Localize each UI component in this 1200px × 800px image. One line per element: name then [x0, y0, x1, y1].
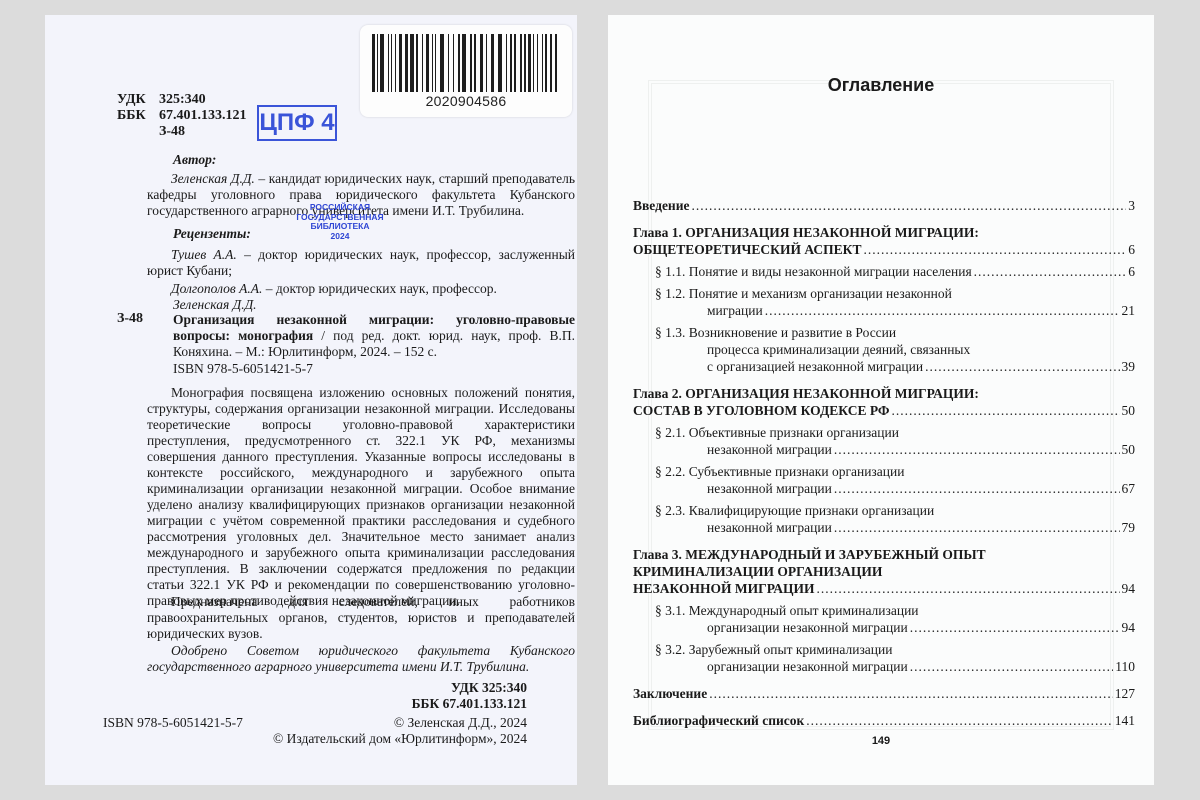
- toc-leader-dots: [891, 402, 1119, 419]
- author-name: Зеленская Д.Д.: [171, 171, 255, 186]
- catalog-mark: З-48: [117, 311, 143, 327]
- toc-title: Оглавление: [608, 75, 1154, 96]
- catalog-isbn: ISBN 978-5-6051421-5-7: [173, 361, 313, 377]
- bbk-label: ББК: [117, 108, 159, 124]
- footer-udk-bbk: УДК 325:340 ББК 67.401.133.121: [412, 680, 527, 712]
- toc-page-number: 94: [1122, 580, 1136, 597]
- toc-entry: Глава 1. ОРГАНИЗАЦИЯ НЕЗАКОННОЙ МИГРАЦИИ…: [633, 224, 1135, 258]
- toc-leader-dots: [910, 658, 1114, 675]
- barcode-number: 2020904586: [360, 93, 572, 109]
- toc-entry: Заключение127: [633, 685, 1135, 702]
- footer-isbn: ISBN 978-5-6051421-5-7: [103, 715, 243, 731]
- toc-page-number: 79: [1122, 519, 1136, 536]
- toc-leader-dots: [974, 263, 1127, 280]
- toc-leader-dots: [925, 358, 1119, 375]
- reviewers-label: Рецензенты:: [173, 226, 251, 242]
- toc-page-number: 67: [1122, 480, 1136, 497]
- toc-leader-dots: [834, 480, 1120, 497]
- left-page-imprint: 2020904586 УДК325:340 ББК67.401.133.121 …: [45, 15, 577, 785]
- toc-page-number: 3: [1128, 197, 1135, 214]
- udk-value: 325:340: [159, 92, 206, 108]
- catalog-description: Организация незаконной миграции: уголовн…: [173, 312, 575, 360]
- cpf-stamp: ЦПФ 4: [257, 105, 337, 141]
- toc-page-number: 39: [1122, 358, 1136, 375]
- toc-entry: Введение3: [633, 197, 1135, 214]
- toc-entry: § 1.3. Возникновение и развитие в России…: [655, 324, 1135, 375]
- toc-page-number: 127: [1115, 685, 1135, 702]
- toc-entry: § 2.3. Квалифицирующие признаки организа…: [655, 502, 1135, 536]
- table-of-contents: Введение3Глава 1. ОРГАНИЗАЦИЯ НЕЗАКОННОЙ…: [633, 197, 1135, 734]
- rgb-library-stamp: РОССИЙСКАЯ ГОСУДАРСТВЕННАЯ БИБЛИОТЕКА 20…: [275, 203, 405, 241]
- barcode-label: 2020904586: [360, 25, 572, 117]
- toc-entry: § 2.2. Субъективные признаки организации…: [655, 463, 1135, 497]
- bbk-value: 67.401.133.121: [159, 108, 247, 124]
- toc-leader-dots: [834, 519, 1120, 536]
- toc-entry: Глава 2. ОРГАНИЗАЦИЯ НЕЗАКОННОЙ МИГРАЦИИ…: [633, 385, 1135, 419]
- toc-page-number: 110: [1115, 658, 1135, 675]
- audience: Предназначена для следователей, иных раб…: [147, 594, 575, 642]
- toc-leader-dots: [691, 197, 1126, 214]
- toc-entry: Глава 3. МЕЖДУНАРОДНЫЙ И ЗАРУБЕЖНЫЙ ОПЫТ…: [633, 546, 1135, 597]
- toc-page-number: 50: [1122, 441, 1136, 458]
- classification-block: УДК325:340 ББК67.401.133.121 З-48: [117, 92, 247, 140]
- toc-page-number: 94: [1122, 619, 1136, 636]
- author-mark: З-48: [159, 124, 185, 140]
- toc-leader-dots: [834, 441, 1120, 458]
- toc-leader-dots: [910, 619, 1120, 636]
- barcode-icon: [372, 34, 560, 92]
- toc-page-number: 141: [1115, 712, 1135, 729]
- toc-entry: § 2.1. Объективные признаки организациин…: [655, 424, 1135, 458]
- abstract: Монография посвящена изложению основных …: [147, 385, 575, 609]
- toc-entry: Библиографический список141: [633, 712, 1135, 729]
- toc-entry: § 3.1. Международный опыт криминализации…: [655, 602, 1135, 636]
- toc-page-number: 21: [1122, 302, 1136, 319]
- reviewer-2: Долгополов А.А. – доктор юридических нау…: [147, 281, 575, 297]
- toc-page-number: 6: [1128, 241, 1135, 258]
- toc-leader-dots: [863, 241, 1126, 258]
- toc-page-number: 6: [1128, 263, 1135, 280]
- toc-page-number: 50: [1122, 402, 1136, 419]
- right-page-toc: Оглавление Введение3Глава 1. ОРГАНИЗАЦИЯ…: [608, 15, 1154, 785]
- udk-label: УДК: [117, 92, 159, 108]
- toc-leader-dots: [806, 712, 1112, 729]
- toc-leader-dots: [709, 685, 1113, 702]
- toc-entry: § 1.1. Понятие и виды незаконной миграци…: [655, 263, 1135, 280]
- reviewer-1: Тушев А.А. – доктор юридических наук, пр…: [147, 247, 575, 279]
- toc-leader-dots: [765, 302, 1120, 319]
- footer-copyright: © Зеленская Д.Д., 2024 © Издательский до…: [273, 715, 527, 747]
- toc-leader-dots: [816, 580, 1119, 597]
- toc-entry: § 1.2. Понятие и механизм организации не…: [655, 285, 1135, 319]
- toc-entry: § 3.2. Зарубежный опыт криминализацииорг…: [655, 641, 1135, 675]
- approval: Одобрено Советом юридического факультета…: [147, 643, 575, 675]
- author-label: Автор:: [173, 152, 216, 168]
- catalog-author: Зеленская Д.Д.: [173, 297, 257, 313]
- page-number: 149: [608, 735, 1154, 747]
